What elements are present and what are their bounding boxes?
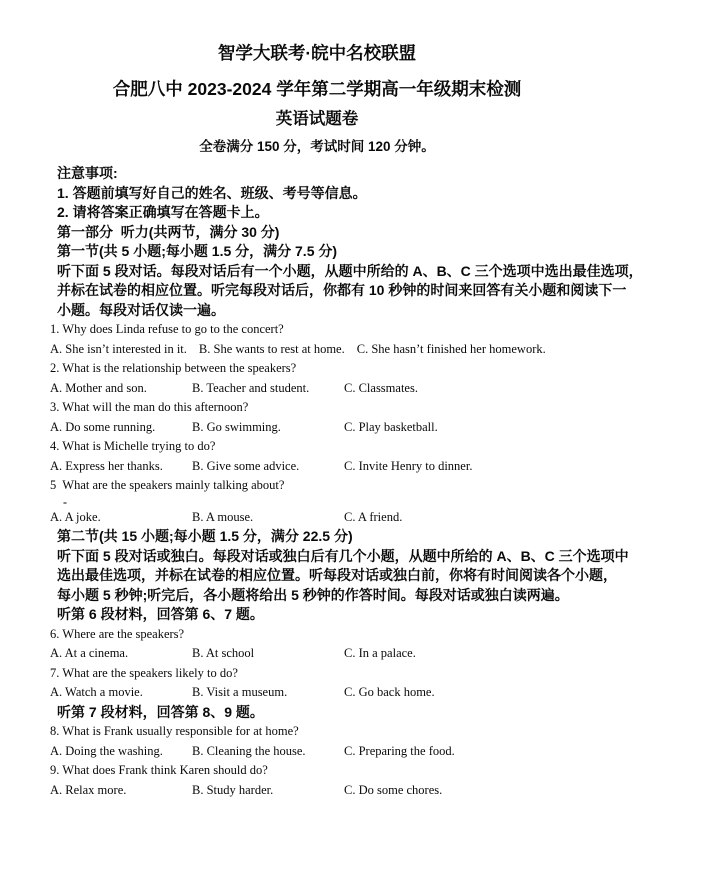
- paper-subject-title: 英语试题卷: [0, 109, 634, 130]
- option-a: A. A joke.: [50, 508, 180, 528]
- question-9-text: 9. What does Frank think Karen should do…: [0, 761, 701, 781]
- exam-league-title: 智学大联考·皖中名校联盟: [0, 0, 634, 64]
- question-4-text: 4. What is Michelle trying to do?: [0, 437, 701, 457]
- section1-heading: 第一节(共 5 小题;每小题 1.5 分，满分 7.5 分): [0, 242, 701, 262]
- option-a: A. Watch a movie.: [50, 683, 180, 703]
- question-7-text: 7. What are the speakers likely to do?: [0, 664, 701, 684]
- exam-paper-page: 智学大联考·皖中名校联盟 合肥八中 2023-2024 学年第二学期高一年级期末…: [0, 0, 701, 877]
- option-c: C. Invite Henry to dinner.: [344, 457, 472, 477]
- question-3-options: A. Do some running. B. Go swimming. C. P…: [0, 418, 701, 438]
- option-c: C. Classmates.: [344, 379, 418, 399]
- option-b: B. Study harder.: [192, 781, 332, 801]
- paper-header: 智学大联考·皖中名校联盟 合肥八中 2023-2024 学年第二学期高一年级期末…: [0, 0, 634, 155]
- option-c: C. Preparing the food.: [344, 742, 455, 762]
- option-c: C. Go back home.: [344, 683, 435, 703]
- option-a: A. Doing the washing.: [50, 742, 180, 762]
- option-c: C. She hasn’t finished her homework.: [357, 340, 546, 360]
- question-4-options: A. Express her thanks. B. Give some advi…: [0, 457, 701, 477]
- section1-instruction-1: 听下面 5 段对话。每段对话后有一个小题，从题中所给的 A、B、C 三个选项中选…: [0, 262, 701, 282]
- question-7-options: A. Watch a movie. B. Visit a museum. C. …: [0, 683, 701, 703]
- option-b: B. A mouse.: [192, 508, 332, 528]
- option-b: B. Teacher and student.: [192, 379, 332, 399]
- question-8-options: A. Doing the washing. B. Cleaning the ho…: [0, 742, 701, 762]
- option-b: B. Visit a museum.: [192, 683, 332, 703]
- option-b: B. Go swimming.: [192, 418, 332, 438]
- paper-body: 注意事项: 1. 答题前填写好自己的姓名、班级、考号等信息。 2. 请将答案正确…: [0, 164, 701, 800]
- exam-session-title: 合肥八中 2023-2024 学年第二学期高一年级期末检测: [0, 78, 634, 100]
- section2-instruction-2: 选出最佳选项，并标在试卷的相应位置。听每段对话或独白前，你将有时间阅读各个小题，: [0, 566, 701, 586]
- notice-item-1: 1. 答题前填写好自己的姓名、班级、考号等信息。: [0, 184, 701, 204]
- question-9-options: A. Relax more. B. Study harder. C. Do so…: [0, 781, 701, 801]
- question-3-text: 3. What will the man do this afternoon?: [0, 398, 701, 418]
- option-a: A. She isn’t interested in it.: [50, 340, 187, 360]
- section2-instruction-1: 听下面 5 段对话或独白。每段对话或独白后有几个小题，从题中所给的 A、B、C …: [0, 547, 701, 567]
- section1-instruction-2: 并标在试卷的相应位置。听完每段对话后，你都有 10 秒钟的时间来回答有关小题和阅…: [0, 281, 701, 301]
- option-c: C. Play basketball.: [344, 418, 438, 438]
- section1-instruction-3: 小题。每段对话仅读一遍。: [0, 301, 701, 321]
- option-a: A. Relax more.: [50, 781, 180, 801]
- material-6-heading: 听第 6 段材料，回答第 6、7 题。: [0, 605, 701, 625]
- question-5-options: A. A joke. B. A mouse. C. A friend.: [0, 508, 701, 528]
- question-6-options: A. At a cinema. B. At school C. In a pal…: [0, 644, 701, 664]
- question-5-text: 5 What are the speakers mainly talking a…: [0, 476, 701, 496]
- option-b: B. At school: [192, 644, 332, 664]
- question-6-text: 6. Where are the speakers?: [0, 625, 701, 645]
- option-c: C. In a palace.: [344, 644, 416, 664]
- option-a: A. Express her thanks.: [50, 457, 180, 477]
- option-b: B. She wants to rest at home.: [199, 340, 345, 360]
- notice-title: 注意事项:: [0, 164, 701, 184]
- stray-period-artifact: -: [0, 496, 701, 508]
- option-b: B. Give some advice.: [192, 457, 332, 477]
- question-8-text: 8. What is Frank usually responsible for…: [0, 722, 701, 742]
- notice-item-2: 2. 请将答案正确填写在答题卡上。: [0, 203, 701, 223]
- part1-heading: 第一部分 听力(共两节，满分 30 分): [0, 223, 701, 243]
- material-7-heading: 听第 7 段材料，回答第 8、9 题。: [0, 703, 701, 723]
- question-2-text: 2. What is the relationship between the …: [0, 359, 701, 379]
- section2-heading: 第二节(共 15 小题;每小题 1.5 分，满分 22.5 分): [0, 527, 701, 547]
- option-c: C. A friend.: [344, 508, 402, 528]
- option-b: B. Cleaning the house.: [192, 742, 332, 762]
- score-duration-line: 全卷满分 150 分，考试时间 120 分钟。: [0, 138, 634, 155]
- question-2-options: A. Mother and son. B. Teacher and studen…: [0, 379, 701, 399]
- option-a: A. Do some running.: [50, 418, 180, 438]
- section2-instruction-3: 每小题 5 秒钟;听完后，各小题将给出 5 秒钟的作答时间。每段对话或独白读两遍…: [0, 586, 701, 606]
- question-1-options: A. She isn’t interested in it. B. She wa…: [0, 340, 701, 360]
- option-a: A. At a cinema.: [50, 644, 180, 664]
- option-c: C. Do some chores.: [344, 781, 442, 801]
- question-1-text: 1. Why does Linda refuse to go to the co…: [0, 320, 701, 340]
- option-a: A. Mother and son.: [50, 379, 180, 399]
